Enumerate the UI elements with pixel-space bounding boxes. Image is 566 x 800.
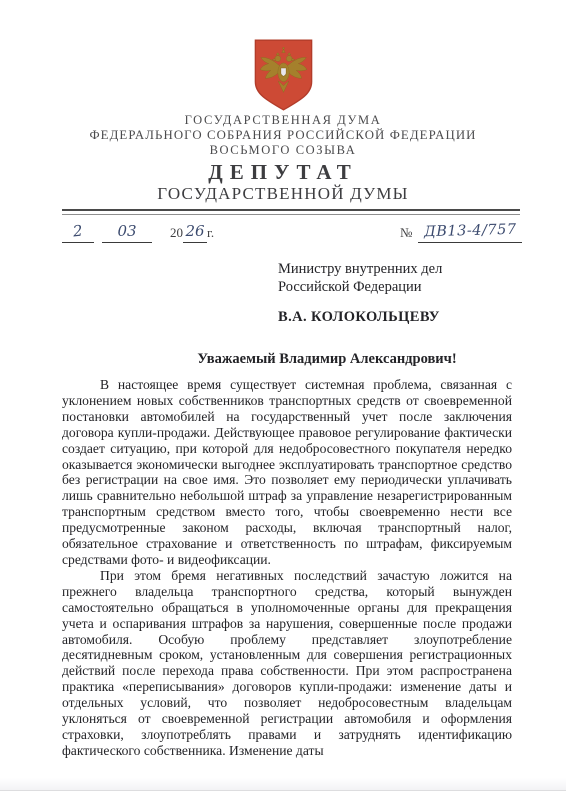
scan-edge-shadow xyxy=(0,778,566,790)
year-unit: г. xyxy=(207,223,214,243)
handwritten-year: 26 xyxy=(185,222,204,240)
letterhead-title: ДЕПУТАТ xyxy=(0,160,566,185)
date-day-field: 2 xyxy=(62,222,94,243)
addressee-line-2: Российской Федерации xyxy=(278,279,493,297)
date-group: 2 03 2026 г. xyxy=(62,222,214,243)
scan-edge-line xyxy=(0,790,566,791)
number-sign: № xyxy=(400,223,412,243)
date-month-field: 03 xyxy=(102,222,152,243)
handwritten-number: ДВ13-4/757 xyxy=(424,221,517,241)
letter-body: В настоящее время существует системная п… xyxy=(62,377,512,759)
handwritten-month: 03 xyxy=(117,222,136,240)
year-prefix: 20 xyxy=(170,223,183,243)
salutation: Уважаемый Владимир Александрович! xyxy=(62,351,552,368)
addressee-name: В.А. КОЛОКОЛЬЦЕВУ xyxy=(278,309,493,327)
body-paragraph-1: В настоящее время существует системная п… xyxy=(62,377,512,568)
double-rule xyxy=(62,209,520,215)
reference-line: 2 03 2026 г. № ДВ13-4/757 xyxy=(0,222,566,250)
letterhead-org-line-2: ФЕДЕРАЛЬНОГО СОБРАНИЯ РОССИЙСКОЙ ФЕДЕРАЦ… xyxy=(0,128,566,143)
russia-coat-of-arms-icon xyxy=(250,37,317,113)
body-paragraph-2: При этом бремя негативных последствий за… xyxy=(62,568,512,759)
letterhead-org-line-3: ВОСЬМОГО СОЗЫВА xyxy=(0,143,566,158)
handwritten-day: 2 xyxy=(72,222,83,241)
letter-page: ГОСУДАРСТВЕННАЯ ДУМА ФЕДЕРАЛЬНОГО СОБРАН… xyxy=(0,0,566,800)
letterhead-subtitle: ГОСУДАРСТВЕННОЙ ДУМЫ xyxy=(0,184,566,204)
addressee-line-1: Министру внутренних дел xyxy=(278,261,493,279)
letterhead-org-line-1: ГОСУДАРСТВЕННАЯ ДУМА xyxy=(0,113,566,128)
number-group: № ДВ13-4/757 xyxy=(400,222,522,243)
date-year-field: 26 xyxy=(183,222,207,243)
number-field: ДВ13-4/757 xyxy=(418,222,522,243)
addressee-block: Министру внутренних дел Российской Федер… xyxy=(278,261,493,327)
